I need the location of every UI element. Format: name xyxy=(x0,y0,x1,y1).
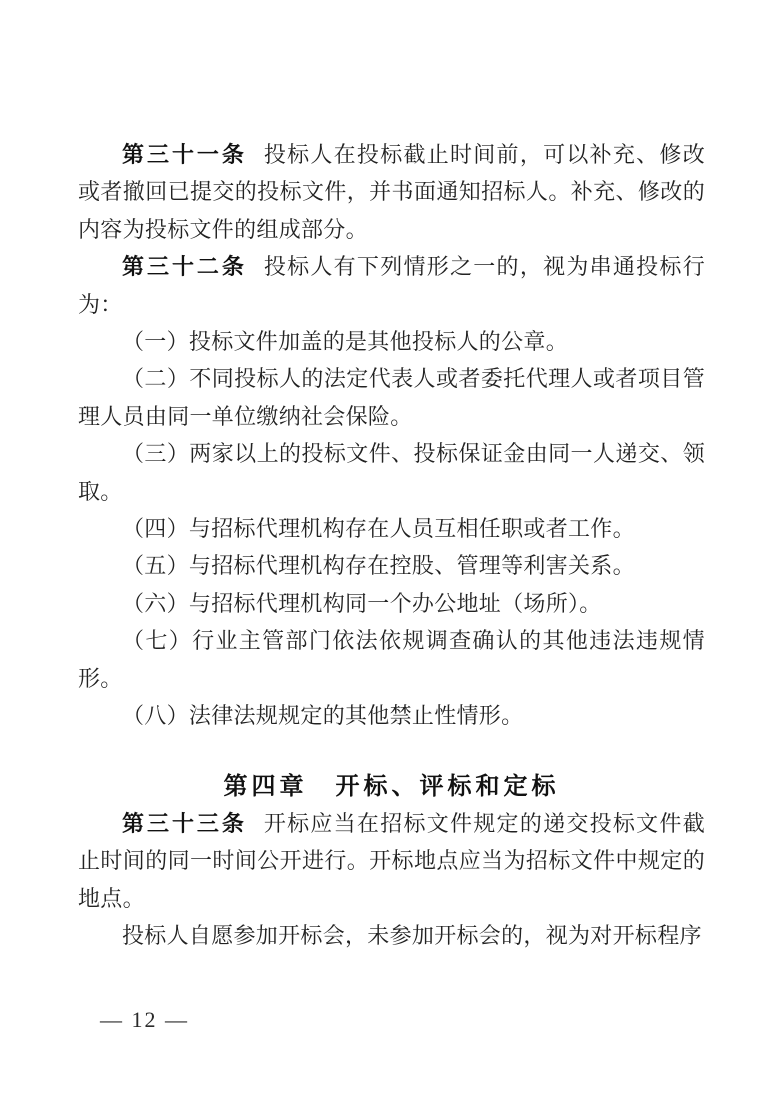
article-32-number: 第三十二条 xyxy=(122,254,247,279)
document-body: 第三十一条投标人在投标截止时间前，可以补充、修改或者撤回已提交的投标文件，并书面… xyxy=(78,136,705,955)
page-number: — 12 — xyxy=(100,1007,189,1033)
document-page: 第三十一条投标人在投标截止时间前，可以补充、修改或者撤回已提交的投标文件，并书面… xyxy=(0,0,783,1110)
clause-item-8: （八）法律法规规定的其他禁止性情形。 xyxy=(78,697,705,734)
clause-item-5: （五）与招标代理机构存在控股、管理等利害关系。 xyxy=(78,547,705,584)
article-31-number: 第三十一条 xyxy=(122,142,247,167)
chapter-heading: 第四章 开标、评标和定标 xyxy=(78,768,705,805)
clause-item-7: （七）行业主管部门依法依规调查确认的其他违法违规情形。 xyxy=(78,622,705,697)
article-33-paragraph: 第三十三条开标应当在招标文件规定的递交投标文件截止时间的同一时间公开进行。开标地… xyxy=(78,805,705,917)
article-32-paragraph: 第三十二条投标人有下列情形之一的，视为串通投标行为： xyxy=(78,248,705,323)
clause-item-1: （一）投标文件加盖的是其他投标人的公章。 xyxy=(78,323,705,360)
article-33-number: 第三十三条 xyxy=(122,811,247,836)
clause-item-6: （六）与招标代理机构同一个办公地址（场所）。 xyxy=(78,585,705,622)
clause-item-2: （二）不同投标人的法定代表人或者委托代理人或者项目管理人员由同一单位缴纳社会保险… xyxy=(78,360,705,435)
article-31-paragraph: 第三十一条投标人在投标截止时间前，可以补充、修改或者撤回已提交的投标文件，并书面… xyxy=(78,136,705,248)
clause-item-3: （三）两家以上的投标文件、投标保证金由同一人递交、领取。 xyxy=(78,435,705,510)
clause-item-4: （四）与招标代理机构存在人员互相任职或者工作。 xyxy=(78,510,705,547)
closing-paragraph: 投标人自愿参加开标会，未参加开标会的，视为对开标程序 xyxy=(78,917,705,954)
